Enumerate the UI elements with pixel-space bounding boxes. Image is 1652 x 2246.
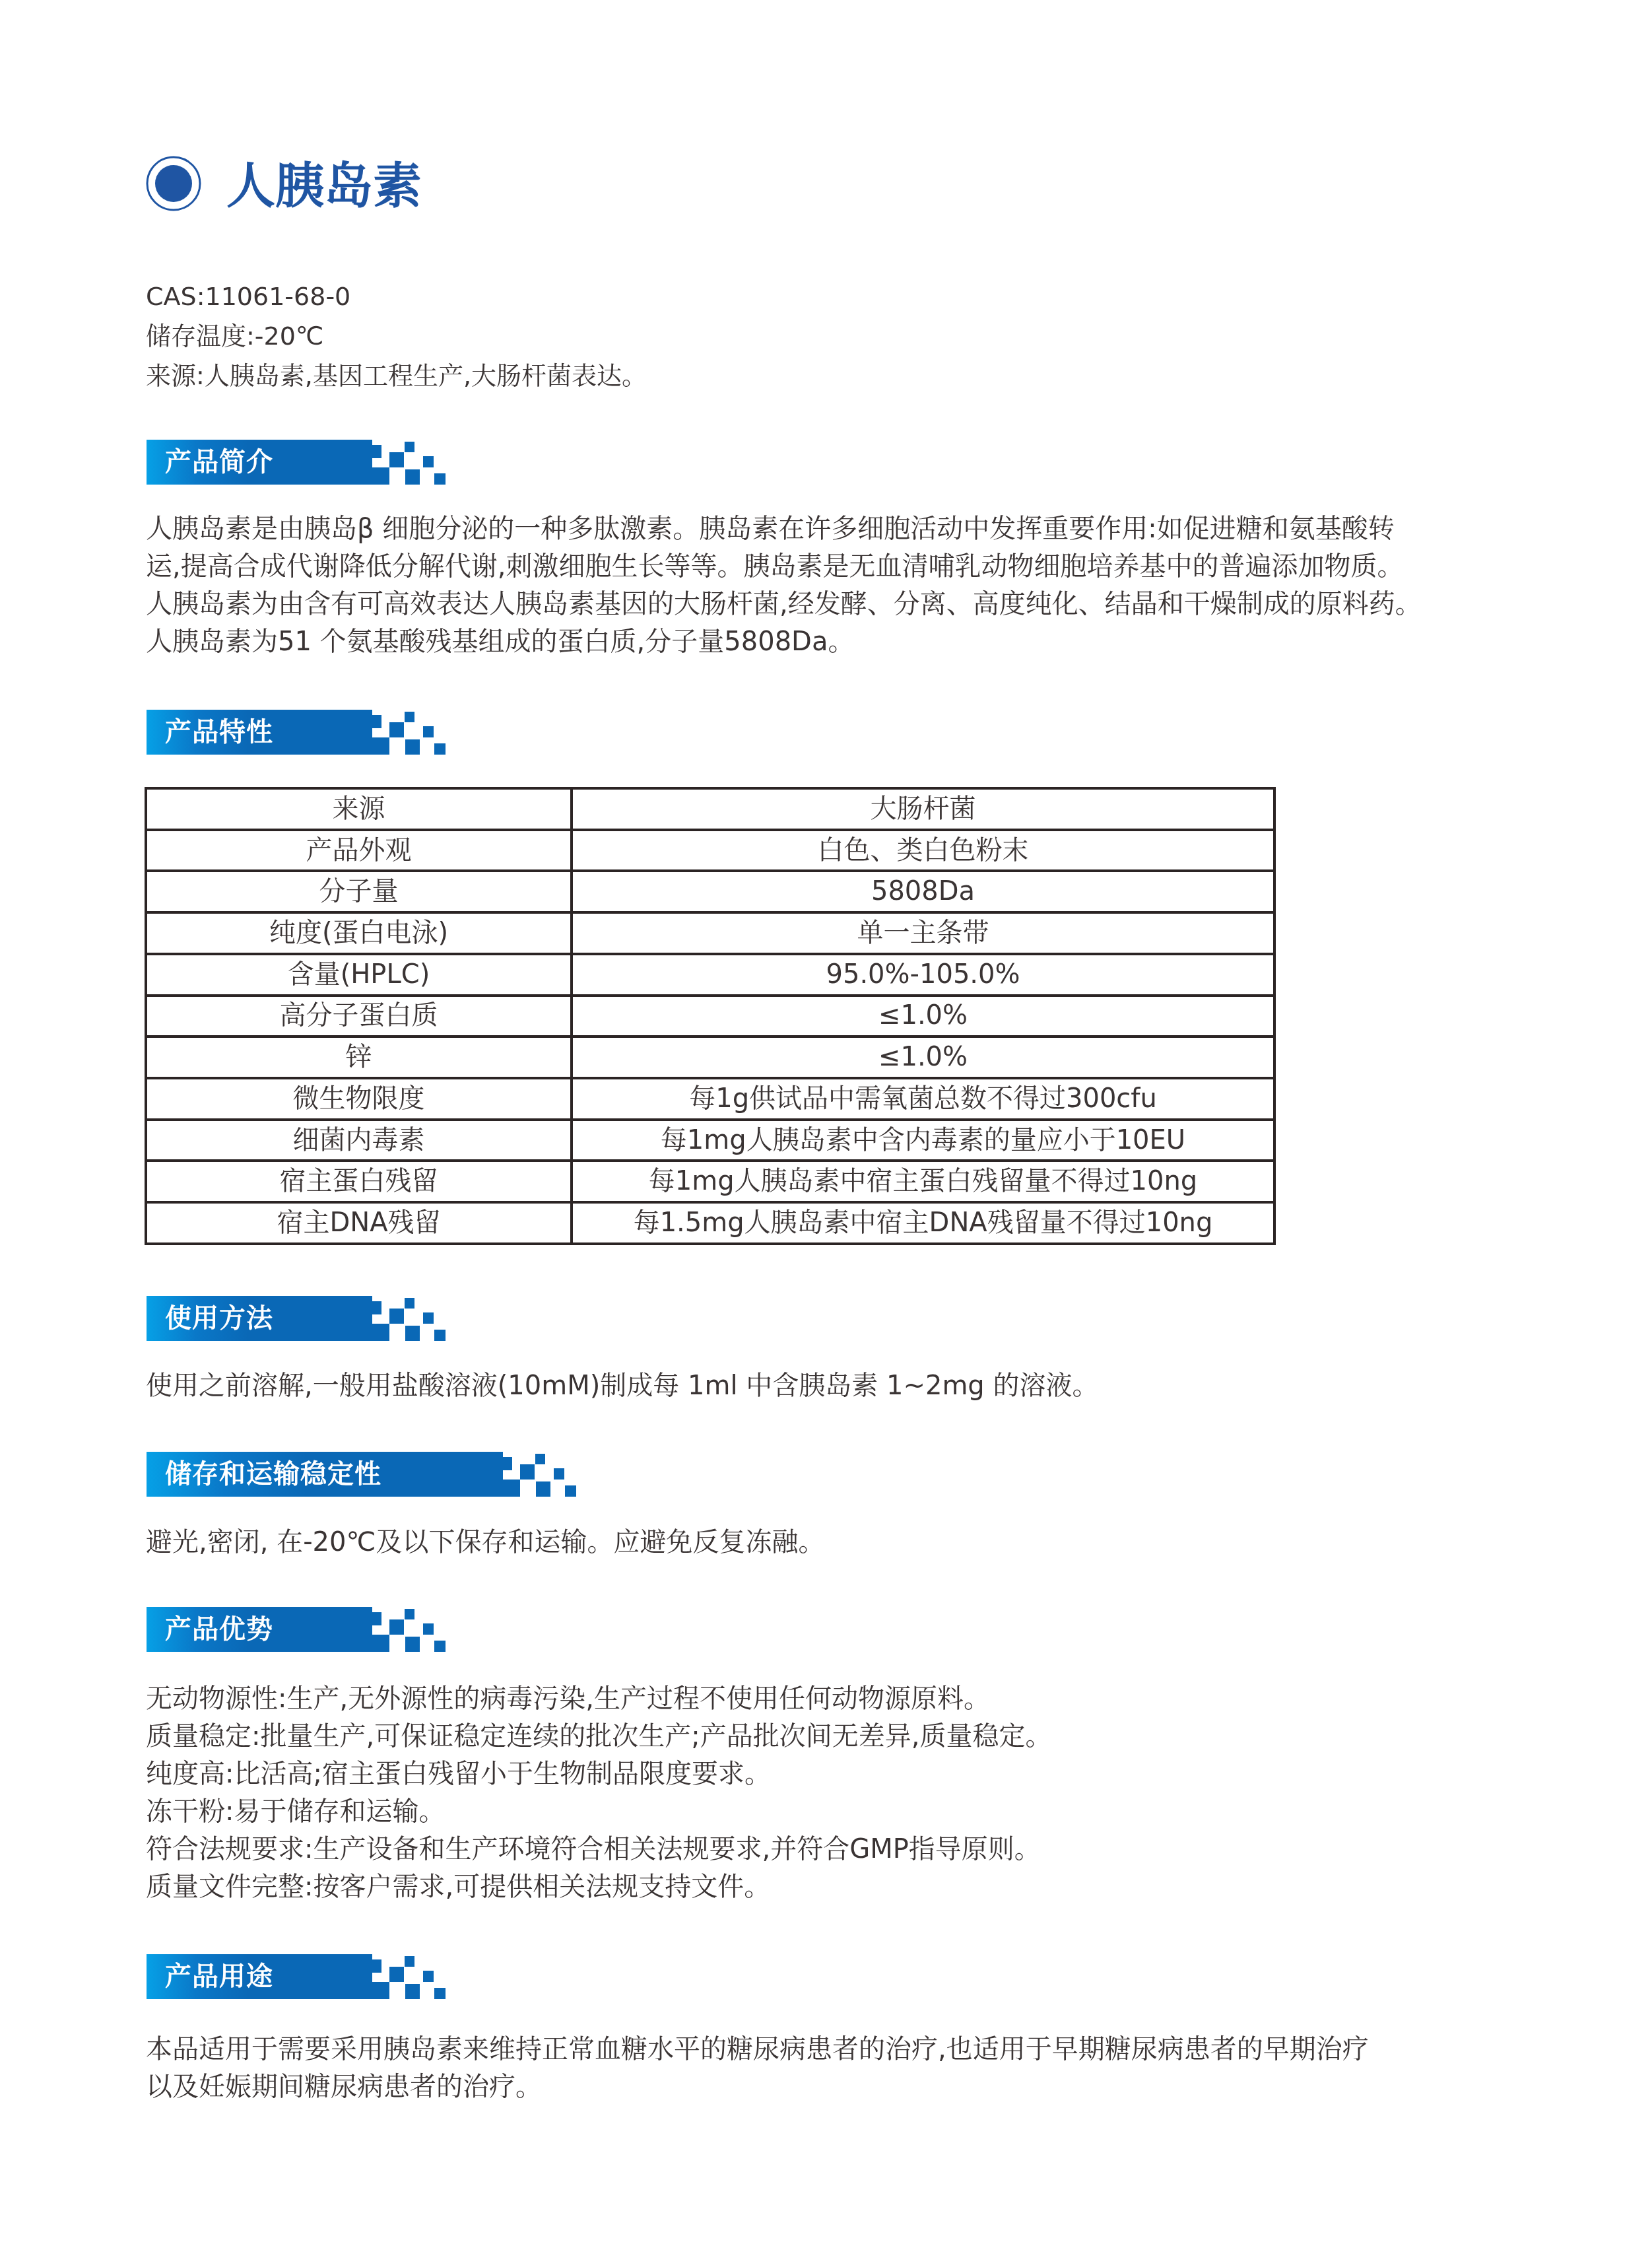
header-pixel-decoration [389,1619,404,1635]
header-pixel-decoration [389,722,404,737]
header-pixel-decoration [372,467,389,485]
list-item: 纯度高:比活高;宿主蛋白残留小于生物制品限度要求。 [146,1755,1051,1793]
header-pixel-decoration [389,1309,404,1324]
text-line: 人胰岛素是由胰岛β 细胞分泌的一种多肽激素。胰岛素在许多细胞活动中发挥重要作用:… [146,510,1422,548]
section-title: 储存和运输稳定性 [165,1452,381,1497]
table-row: 高分子蛋白质 ≤1.0% [146,996,1274,1037]
intro-paragraph: 人胰岛素是由胰岛β 细胞分泌的一种多肽激素。胰岛素在许多细胞活动中发挥重要作用:… [146,510,1422,661]
table-row: 产品外观 白色、类白色粉末 [146,830,1274,871]
property-name: 宿主蛋白残留 [146,1161,572,1202]
header-pixel-decoration [405,1956,414,1967]
table-row: 含量(HPLC) 95.0%-105.0% [146,954,1274,996]
header-pixel-decoration [372,445,381,458]
header-pixel-decoration [405,712,414,722]
text-line: 避光,密闭, 在-20℃及以下保存和运输。应避免反复冻融。 [146,1524,824,1561]
property-name: 细菌内毒素 [146,1120,572,1161]
list-item: 符合法规要求:生产设备和生产环境符合相关法规要求,并符合GMP指导原则。 [146,1831,1051,1868]
list-item: 无动物源性:生产,无外源性的病毒污染,生产过程不使用任何动物源原料。 [146,1680,1051,1718]
header-pixel-decoration [405,1326,420,1341]
page-title: 人胰岛素 [226,157,422,215]
text-line: 以及妊娠期间糖尿病患者的治疗。 [146,2068,1369,2106]
property-value: 每1mg人胰岛素中宿主蛋白残留量不得过10ng [572,1161,1274,1202]
table-row: 微生物限度 每1g供试品中需氧菌总数不得过300cfu [146,1078,1274,1120]
property-value: 每1mg人胰岛素中含内毒素的量应小于10EU [572,1120,1274,1161]
header-pixel-decoration [536,1481,550,1497]
header-pixel-decoration [405,739,420,755]
header-pixel-decoration [372,1635,389,1652]
text-line: 人胰岛素为51 个氨基酸残基组成的蛋白质,分子量5808Da。 [146,623,1422,661]
list-item: 质量文件完整:按客户需求,可提供相关法规支持文件。 [146,1868,1051,1906]
section-title: 产品优势 [165,1607,273,1652]
header-pixel-decoration [372,1982,389,1999]
header-pixel-decoration [423,1971,434,1982]
property-value: 单一主条带 [572,912,1274,954]
property-value: 大肠杆菌 [572,788,1274,830]
header-pixel-decoration [372,715,381,728]
text-line: 人胰岛素为由含有可高效表达人胰岛素基因的大肠杆菌,经发酵、分离、高度纯化、结晶和… [146,586,1422,623]
section-title: 产品用途 [165,1954,273,1999]
header-pixel-decoration [503,1480,520,1497]
header-pixel-decoration [372,1959,381,1973]
header-pixel-decoration [554,1468,564,1480]
property-name: 高分子蛋白质 [146,996,572,1037]
header-pixel-decoration [372,1324,389,1341]
property-value: 每1g供试品中需氧菌总数不得过300cfu [572,1078,1274,1120]
header-pixel-decoration [372,1612,381,1625]
header-pixel-decoration [405,1609,414,1619]
header-pixel-decoration [434,1988,446,1999]
property-value: ≤1.0% [572,1037,1274,1078]
table-row: 细菌内毒素 每1mg人胰岛素中含内毒素的量应小于10EU [146,1120,1274,1161]
property-name: 产品外观 [146,830,572,871]
header-pixel-decoration [405,1984,420,1999]
property-name: 宿主DNA残留 [146,1202,572,1244]
header-pixel-decoration [405,1298,414,1309]
table-row: 来源 大肠杆菌 [146,788,1274,830]
section-title: 使用方法 [165,1296,273,1341]
header-pixel-decoration [423,456,434,467]
source-info: 来源:人胰岛素,基因工程生产,大肠杆菌表达。 [146,360,647,391]
header-pixel-decoration [405,469,420,485]
header-pixel-decoration [389,452,404,467]
header-pixel-decoration [434,1641,446,1652]
usage-paragraph: 使用之前溶解,一般用盐酸溶液(10mM)制成每 1ml 中含胰岛素 1~2mg … [146,1367,1098,1405]
table-row: 纯度(蛋白电泳) 单一主条带 [146,912,1274,954]
properties-table: 来源 大肠杆菌 产品外观 白色、类白色粉末 分子量 5808Da 纯度(蛋白电泳… [145,787,1276,1245]
header-pixel-decoration [520,1464,535,1480]
property-name: 微生物限度 [146,1078,572,1120]
header-pixel-decoration [565,1485,576,1497]
property-name: 锌 [146,1037,572,1078]
applications-paragraph: 本品适用于需要采用胰岛素来维持正常血糖水平的糖尿病患者的治疗,也适用于早期糖尿病… [146,2031,1369,2106]
property-value: ≤1.0% [572,996,1274,1037]
section-title: 产品特性 [165,710,273,755]
advantages-list: 无动物源性:生产,无外源性的病毒污染,生产过程不使用任何动物源原料。 质量稳定:… [146,1680,1051,1906]
header-pixel-decoration [503,1457,512,1470]
header-pixel-decoration [434,473,446,485]
header-pixel-decoration [423,726,434,737]
radio-circle-icon [146,156,201,211]
property-value: 每1.5mg人胰岛素中宿主DNA残留量不得过10ng [572,1202,1274,1244]
header-pixel-decoration [434,1330,446,1341]
text-line: 运,提高合成代谢降低分解代谢,刺激细胞生长等等。胰岛素是无血清哺乳动物细胞培养基… [146,548,1422,586]
header-pixel-decoration [423,1623,434,1635]
text-line: 使用之前溶解,一般用盐酸溶液(10mM)制成每 1ml 中含胰岛素 1~2mg … [146,1367,1098,1405]
header-pixel-decoration [434,743,446,755]
header-pixel-decoration [372,1301,381,1314]
list-item: 冻干粉:易于储存和运输。 [146,1793,1051,1831]
table-row: 分子量 5808Da [146,871,1274,912]
property-name: 含量(HPLC) [146,954,572,996]
list-item: 质量稳定:批量生产,可保证稳定连续的批次生产;产品批次间无差异,质量稳定。 [146,1718,1051,1755]
storage-paragraph: 避光,密闭, 在-20℃及以下保存和运输。应避免反复冻融。 [146,1524,824,1561]
section-title: 产品简介 [165,440,273,485]
table-row: 锌 ≤1.0% [146,1037,1274,1078]
header-pixel-decoration [405,1637,420,1652]
table-row: 宿主DNA残留 每1.5mg人胰岛素中宿主DNA残留量不得过10ng [146,1202,1274,1244]
header-pixel-decoration [372,737,389,755]
table-row: 宿主蛋白残留 每1mg人胰岛素中宿主蛋白残留量不得过10ng [146,1161,1274,1202]
property-value: 5808Da [572,871,1274,912]
header-pixel-decoration [535,1454,545,1464]
property-name: 来源 [146,788,572,830]
header-pixel-decoration [423,1312,434,1324]
property-value: 白色、类白色粉末 [572,830,1274,871]
property-name: 纯度(蛋白电泳) [146,912,572,954]
property-name: 分子量 [146,871,572,912]
property-value: 95.0%-105.0% [572,954,1274,996]
text-line: 本品适用于需要采用胰岛素来维持正常血糖水平的糖尿病患者的治疗,也适用于早期糖尿病… [146,2031,1369,2068]
header-pixel-decoration [405,442,414,452]
storage-temperature: 储存温度:-20℃ [146,321,324,351]
cas-number: CAS:11061-68-0 [146,281,350,312]
header-pixel-decoration [389,1967,404,1982]
